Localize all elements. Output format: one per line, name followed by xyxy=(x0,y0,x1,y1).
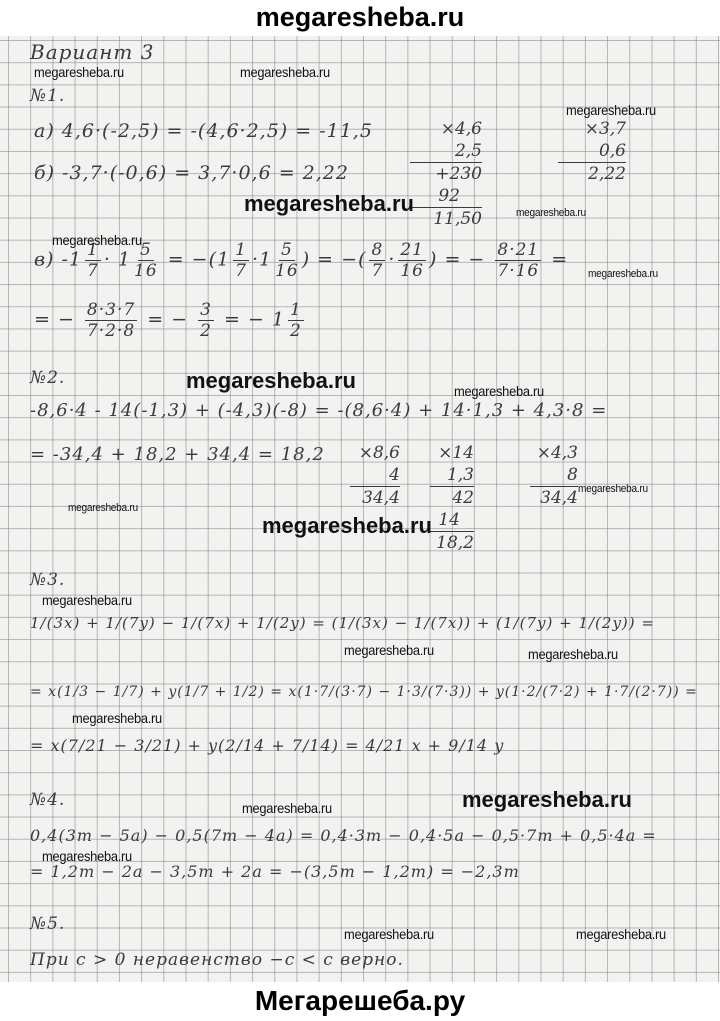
task-1-label: №1. xyxy=(30,86,65,106)
watermark: megaresheba.ru xyxy=(242,800,332,816)
task-3-line-2: = x(1/3 − 1/7) + y(1/7 + 1/2) = x(1·7/(3… xyxy=(30,684,698,700)
task-1b-column-multiplication: ×3,7 0,6 2,22 xyxy=(558,118,626,185)
task-2-label: №2. xyxy=(30,368,65,388)
site-header: megaresheba.ru xyxy=(0,0,720,38)
task-2-column-c: ×4,3 8 34,4 xyxy=(530,442,578,509)
watermark: megaresheba.ru xyxy=(454,383,544,399)
task-3-label: №3. xyxy=(30,570,65,590)
task-2-column-a: ×8,6 4 34,4 xyxy=(350,442,400,509)
watermark: megaresheba.ru xyxy=(186,368,356,394)
watermark: megaresheba.ru xyxy=(244,191,414,217)
watermark: megaresheba.ru xyxy=(344,642,434,658)
watermark: megaresheba.ru xyxy=(516,207,586,219)
watermark: megaresheba.ru xyxy=(42,592,132,608)
watermark: megaresheba.ru xyxy=(588,268,658,280)
site-footer: Мегарешеба.ру xyxy=(0,982,720,1021)
task-5-label: №5. xyxy=(30,914,65,934)
watermark: megaresheba.ru xyxy=(344,926,434,942)
watermark: megaresheba.ru xyxy=(34,64,124,80)
watermark: megaresheba.ru xyxy=(576,926,666,942)
watermark: megaresheba.ru xyxy=(578,483,648,495)
watermark: megaresheba.ru xyxy=(42,848,132,864)
task-3-line-3: = x(7/21 − 3/21) + y(2/14 + 7/14) = 4/21… xyxy=(30,736,504,755)
watermark: megaresheba.ru xyxy=(240,64,330,80)
watermark: megaresheba.ru xyxy=(52,232,142,248)
task-1a-equation: а) 4,6·(-2,5) = -(4,6·2,5) = -11,5 xyxy=(34,120,373,142)
watermark: megaresheba.ru xyxy=(68,502,138,514)
watermark: megaresheba.ru xyxy=(528,646,618,662)
watermark: megaresheba.ru xyxy=(72,710,162,726)
task-4-line-1: 0,4(3m − 5a) − 0,5(7m − 4a) = 0,4·3m − 0… xyxy=(30,826,657,845)
task-5-line-1: При c > 0 неравенство −c < c верно. xyxy=(30,950,404,970)
task-2-column-b: ×14 1,3 42 14 18,2 xyxy=(430,442,474,554)
task-1b-equation: б) -3,7·(-0,6) = 3,7·0,6 = 2,22 xyxy=(34,162,349,184)
watermark: megaresheba.ru xyxy=(566,102,656,118)
task-2-line-2: = -34,4 + 18,2 + 34,4 = 18,2 xyxy=(30,444,325,465)
watermark: megaresheba.ru xyxy=(462,787,632,813)
task-1v-line-2: = − 8·3·77·2·8 = − 32 = − 112 xyxy=(34,300,307,341)
task-3-line-1: 1/(3x) + 1/(7y) − 1/(7x) + 1/(2y) = (1/(… xyxy=(30,614,655,632)
task-4-line-2: = 1,2m − 2a − 3,5m + 2a = −(3,5m − 1,2m)… xyxy=(30,862,520,881)
task-4-label: №4. xyxy=(30,790,65,810)
task-2-line-1: -8,6·4 - 14(-1,3) + (-4,3)(-8) = -(8,6·4… xyxy=(30,400,607,421)
variant-heading: Вариант 3 xyxy=(30,40,154,64)
watermark: megaresheba.ru xyxy=(262,513,432,539)
task-1a-column-multiplication: ×4,6 2,5 +230 92 11,50 xyxy=(410,118,482,230)
